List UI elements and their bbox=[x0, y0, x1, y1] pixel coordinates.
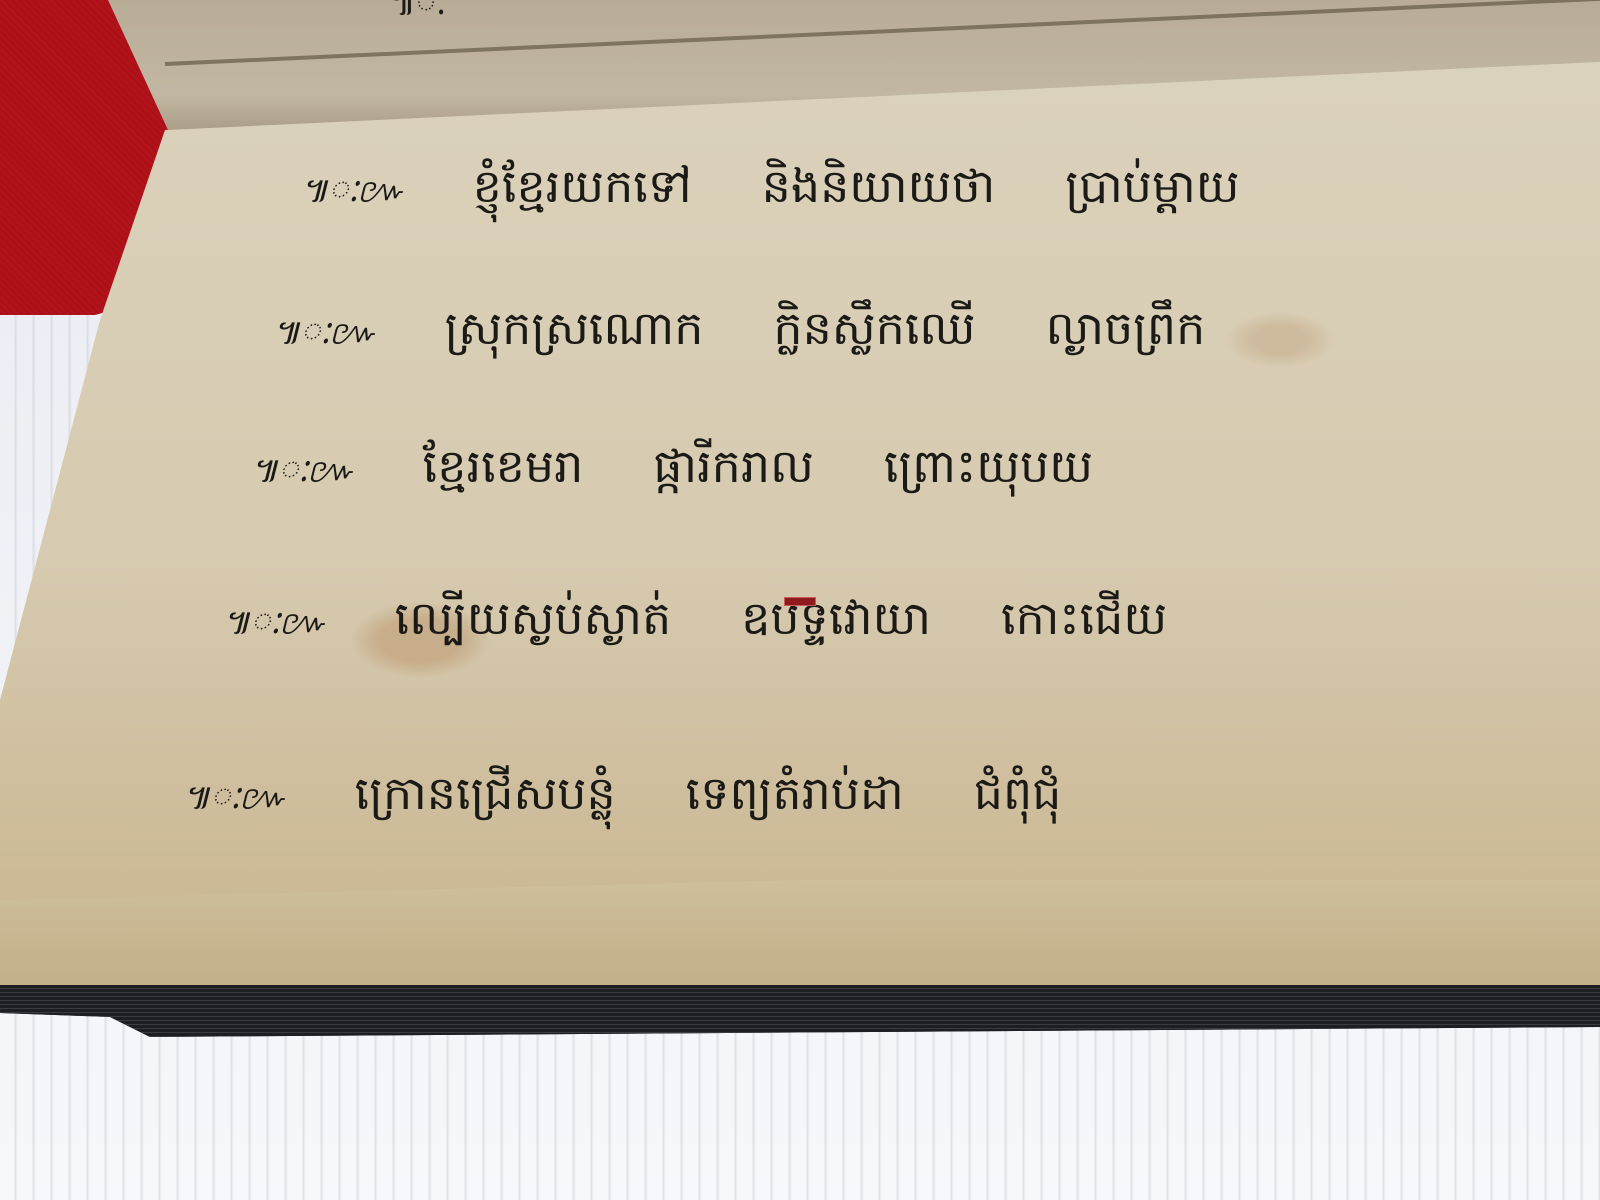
page-bottom-margin bbox=[0, 880, 1600, 990]
manuscript-line-3: ៕ៈ៚ ខ្មែរខេមរាផ្ការីករាលព្រោះយុបយ bbox=[250, 438, 1163, 505]
verse-word: ក្លិនស្លឹកឈើ bbox=[773, 301, 975, 355]
verse-text: ខ្ញុំខ្មែរយកទៅនិងនិយាយថាប្រាប់ម្តាយ bbox=[473, 158, 1310, 225]
verse-text: ខ្មែរខេមរាផ្ការីករាលព្រោះយុបយ bbox=[423, 438, 1163, 505]
verse-word: ខ្មែរខេមរា bbox=[423, 439, 584, 493]
verse-word: ទេព្យតំរាប់ដា bbox=[686, 766, 904, 820]
verse-word: ល្បើយស្ងប់ស្ងាត់ bbox=[395, 591, 672, 645]
top-page-partial-text: ៕ៈ bbox=[388, 0, 447, 32]
verse-word: ជំពុំជុំ bbox=[974, 766, 1062, 820]
line-marker: ៕ៈ៚ bbox=[272, 311, 375, 361]
manuscript-line-1: ៕ៈ៚ ខ្ញុំខ្មែរយកទៅនិងនិយាយថាប្រាប់ម្តាយ bbox=[300, 158, 1310, 225]
line-marker: ៕ៈ៚ bbox=[182, 776, 285, 826]
line-marker: ៕ៈ៚ bbox=[300, 169, 403, 219]
verse-word: ស្រុកស្រណោក bbox=[445, 301, 704, 355]
verse-word: ប្រាប់ម្តាយ bbox=[1065, 159, 1239, 213]
manuscript-line-2: ៕ៈ៚ ស្រុកស្រណោកក្លិនស្លឹកឈើល្ងាចព្រឹក bbox=[272, 300, 1275, 367]
verse-word: ផ្ការីករាល bbox=[653, 439, 814, 493]
verse-word: ឧបទ្ទវោយា bbox=[741, 591, 931, 645]
verse-word: ក្រោនជ្រើសបន្លុំ bbox=[355, 766, 616, 820]
line-marker: ៕ៈ៚ bbox=[222, 601, 325, 651]
manuscript-line-4: ៕ៈ៚ ល្បើយស្ងប់ស្ងាត់ឧបទ្ទវោយាកោះជើយ bbox=[222, 590, 1237, 657]
verse-text: ក្រោនជ្រើសបន្លុំទេព្យតំរាប់ដាជំពុំជុំ bbox=[355, 765, 1132, 832]
verse-text: ស្រុកស្រណោកក្លិនស្លឹកឈើល្ងាចព្រឹក bbox=[445, 300, 1276, 367]
line-marker: ៕ៈ៚ bbox=[250, 449, 353, 499]
watermark-tag bbox=[784, 597, 816, 606]
verse-word: កោះជើយ bbox=[1001, 591, 1167, 645]
verse-word: ល្ងាចព្រឹក bbox=[1046, 301, 1206, 355]
verse-word: ព្រោះយុបយ bbox=[884, 439, 1093, 493]
manuscript-line-5: ៕ៈ៚ ក្រោនជ្រើសបន្លុំទេព្យតំរាប់ដាជំពុំជុ… bbox=[182, 765, 1131, 832]
verse-word: និងនិយាយថា bbox=[762, 159, 996, 213]
manuscript-page bbox=[0, 0, 1600, 1010]
verse-word: ខ្ញុំខ្មែរយកទៅ bbox=[473, 159, 692, 213]
